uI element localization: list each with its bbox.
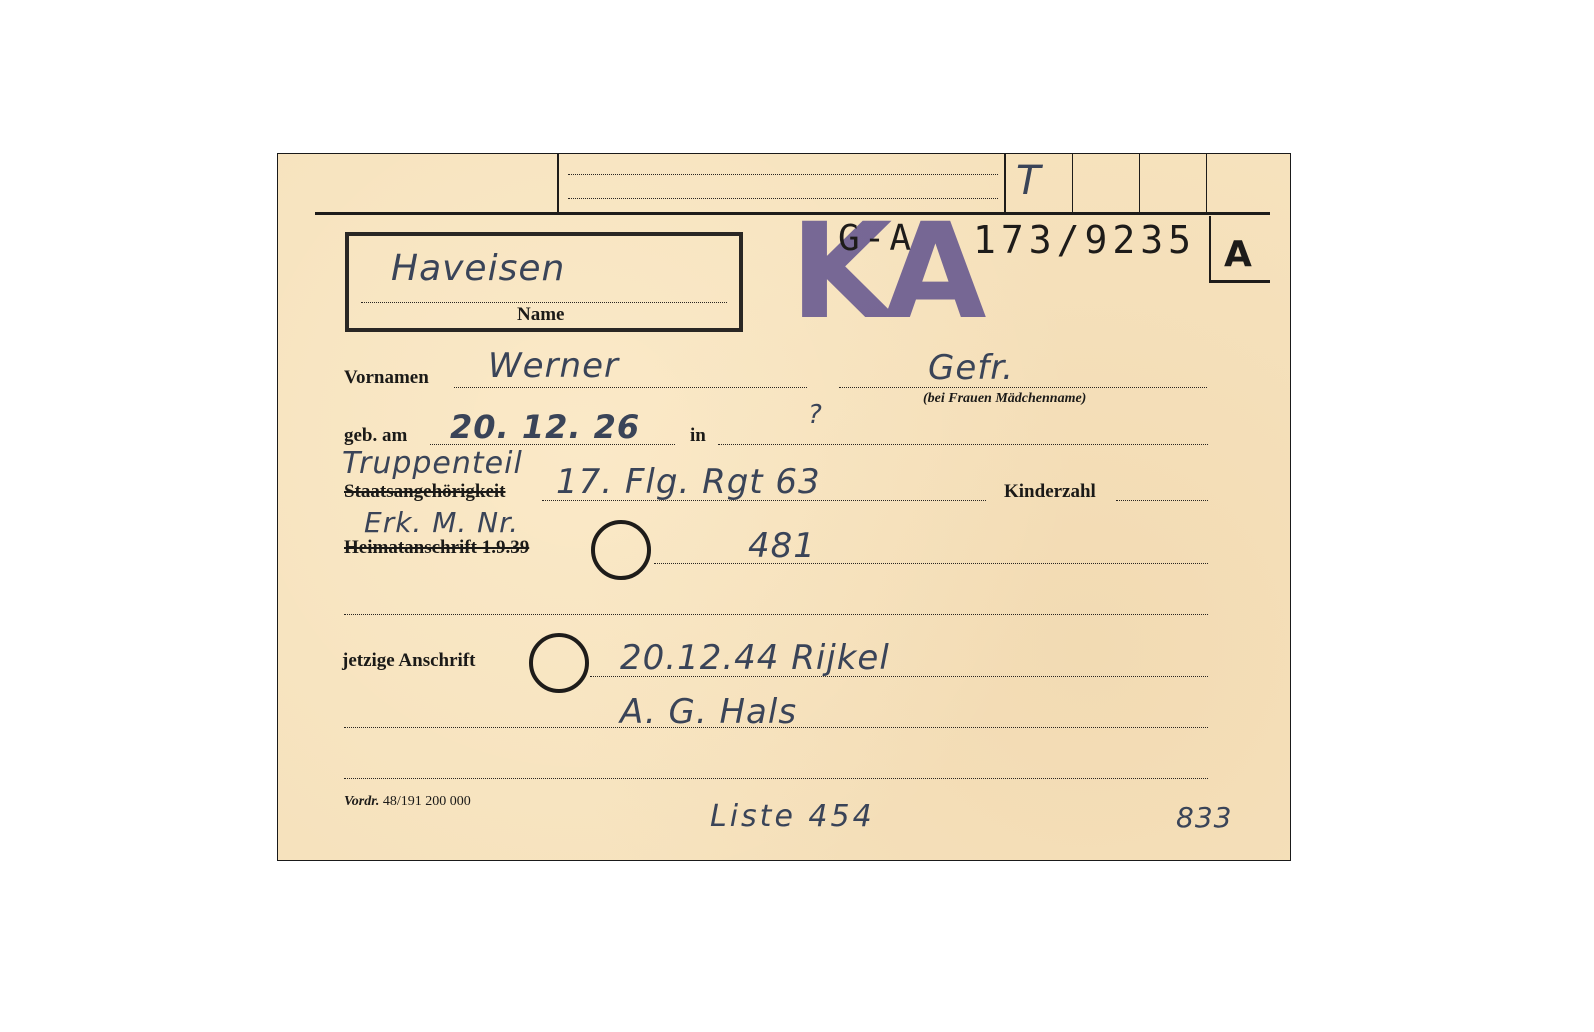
punch-hole-circle xyxy=(591,520,651,580)
header-dotted-line-1 xyxy=(568,174,998,175)
erk-nr-correction: Erk. M. Nr. xyxy=(364,506,519,539)
letter-box-left xyxy=(1209,216,1211,280)
stamp-code: G-A xyxy=(838,218,915,259)
in-label: in xyxy=(690,425,706,447)
letter-box-bottom xyxy=(1209,280,1270,283)
header-handwritten-letter: T xyxy=(1016,158,1041,204)
surname-value: Haveisen xyxy=(391,248,565,289)
blank-line xyxy=(344,778,1208,779)
truppenteil-value: 17. Flg. Rgt 63 xyxy=(556,462,821,502)
liste-number: Liste 454 xyxy=(710,799,875,834)
birth-place-value: ? xyxy=(808,400,823,430)
registration-card: T KA G-A 173/9235 A Haveisen Name Vornam… xyxy=(277,153,1291,861)
rank-value: Gefr. xyxy=(928,348,1014,388)
erk-nr-value: 481 xyxy=(748,526,816,566)
vornamen-label: Vornamen xyxy=(344,367,429,389)
header-divider xyxy=(1139,154,1140,212)
blank-address-line xyxy=(344,614,1208,615)
form-number: Vordr. 48/191 200 000 xyxy=(344,794,471,810)
name-dotted-line xyxy=(361,302,727,303)
heimatanschrift-line xyxy=(654,563,1208,564)
vornamen-value: Werner xyxy=(488,346,619,386)
header-divider xyxy=(1206,154,1207,212)
vornamen-line xyxy=(454,387,807,388)
birth-place-line xyxy=(718,444,1208,445)
card-number: 173/9235 xyxy=(973,218,1196,262)
truppenteil-correction: Truppenteil xyxy=(342,446,523,481)
heimatanschrift-label: Heimatanschrift 1.9.39 xyxy=(344,537,529,559)
staatsangehoerigkeit-label: Staatsangehörigkeit xyxy=(344,481,506,503)
jetzige-anschrift-label: jetzige Anschrift xyxy=(342,650,475,672)
geb-am-label: geb. am xyxy=(344,425,407,447)
current-address-value-2: A. G. Hals xyxy=(620,692,797,732)
header-divider xyxy=(1072,154,1073,212)
header-divider xyxy=(557,154,559,212)
kinderzahl-label: Kinderzahl xyxy=(1004,481,1096,503)
birth-date-value: 20. 12. 26 xyxy=(450,408,640,446)
maiden-name-line xyxy=(839,387,1207,388)
kinderzahl-line xyxy=(1116,500,1208,501)
punch-hole-circle xyxy=(529,633,589,693)
category-letter: A xyxy=(1224,234,1252,275)
current-address-value-1: 20.12.44 Rijkel xyxy=(620,638,890,678)
name-label: Name xyxy=(517,304,564,326)
header-divider xyxy=(1004,154,1006,212)
page-number: 833 xyxy=(1176,801,1232,834)
maiden-name-caption: (bei Frauen Mädchenname) xyxy=(923,391,1086,407)
name-box: Haveisen Name xyxy=(345,232,743,332)
